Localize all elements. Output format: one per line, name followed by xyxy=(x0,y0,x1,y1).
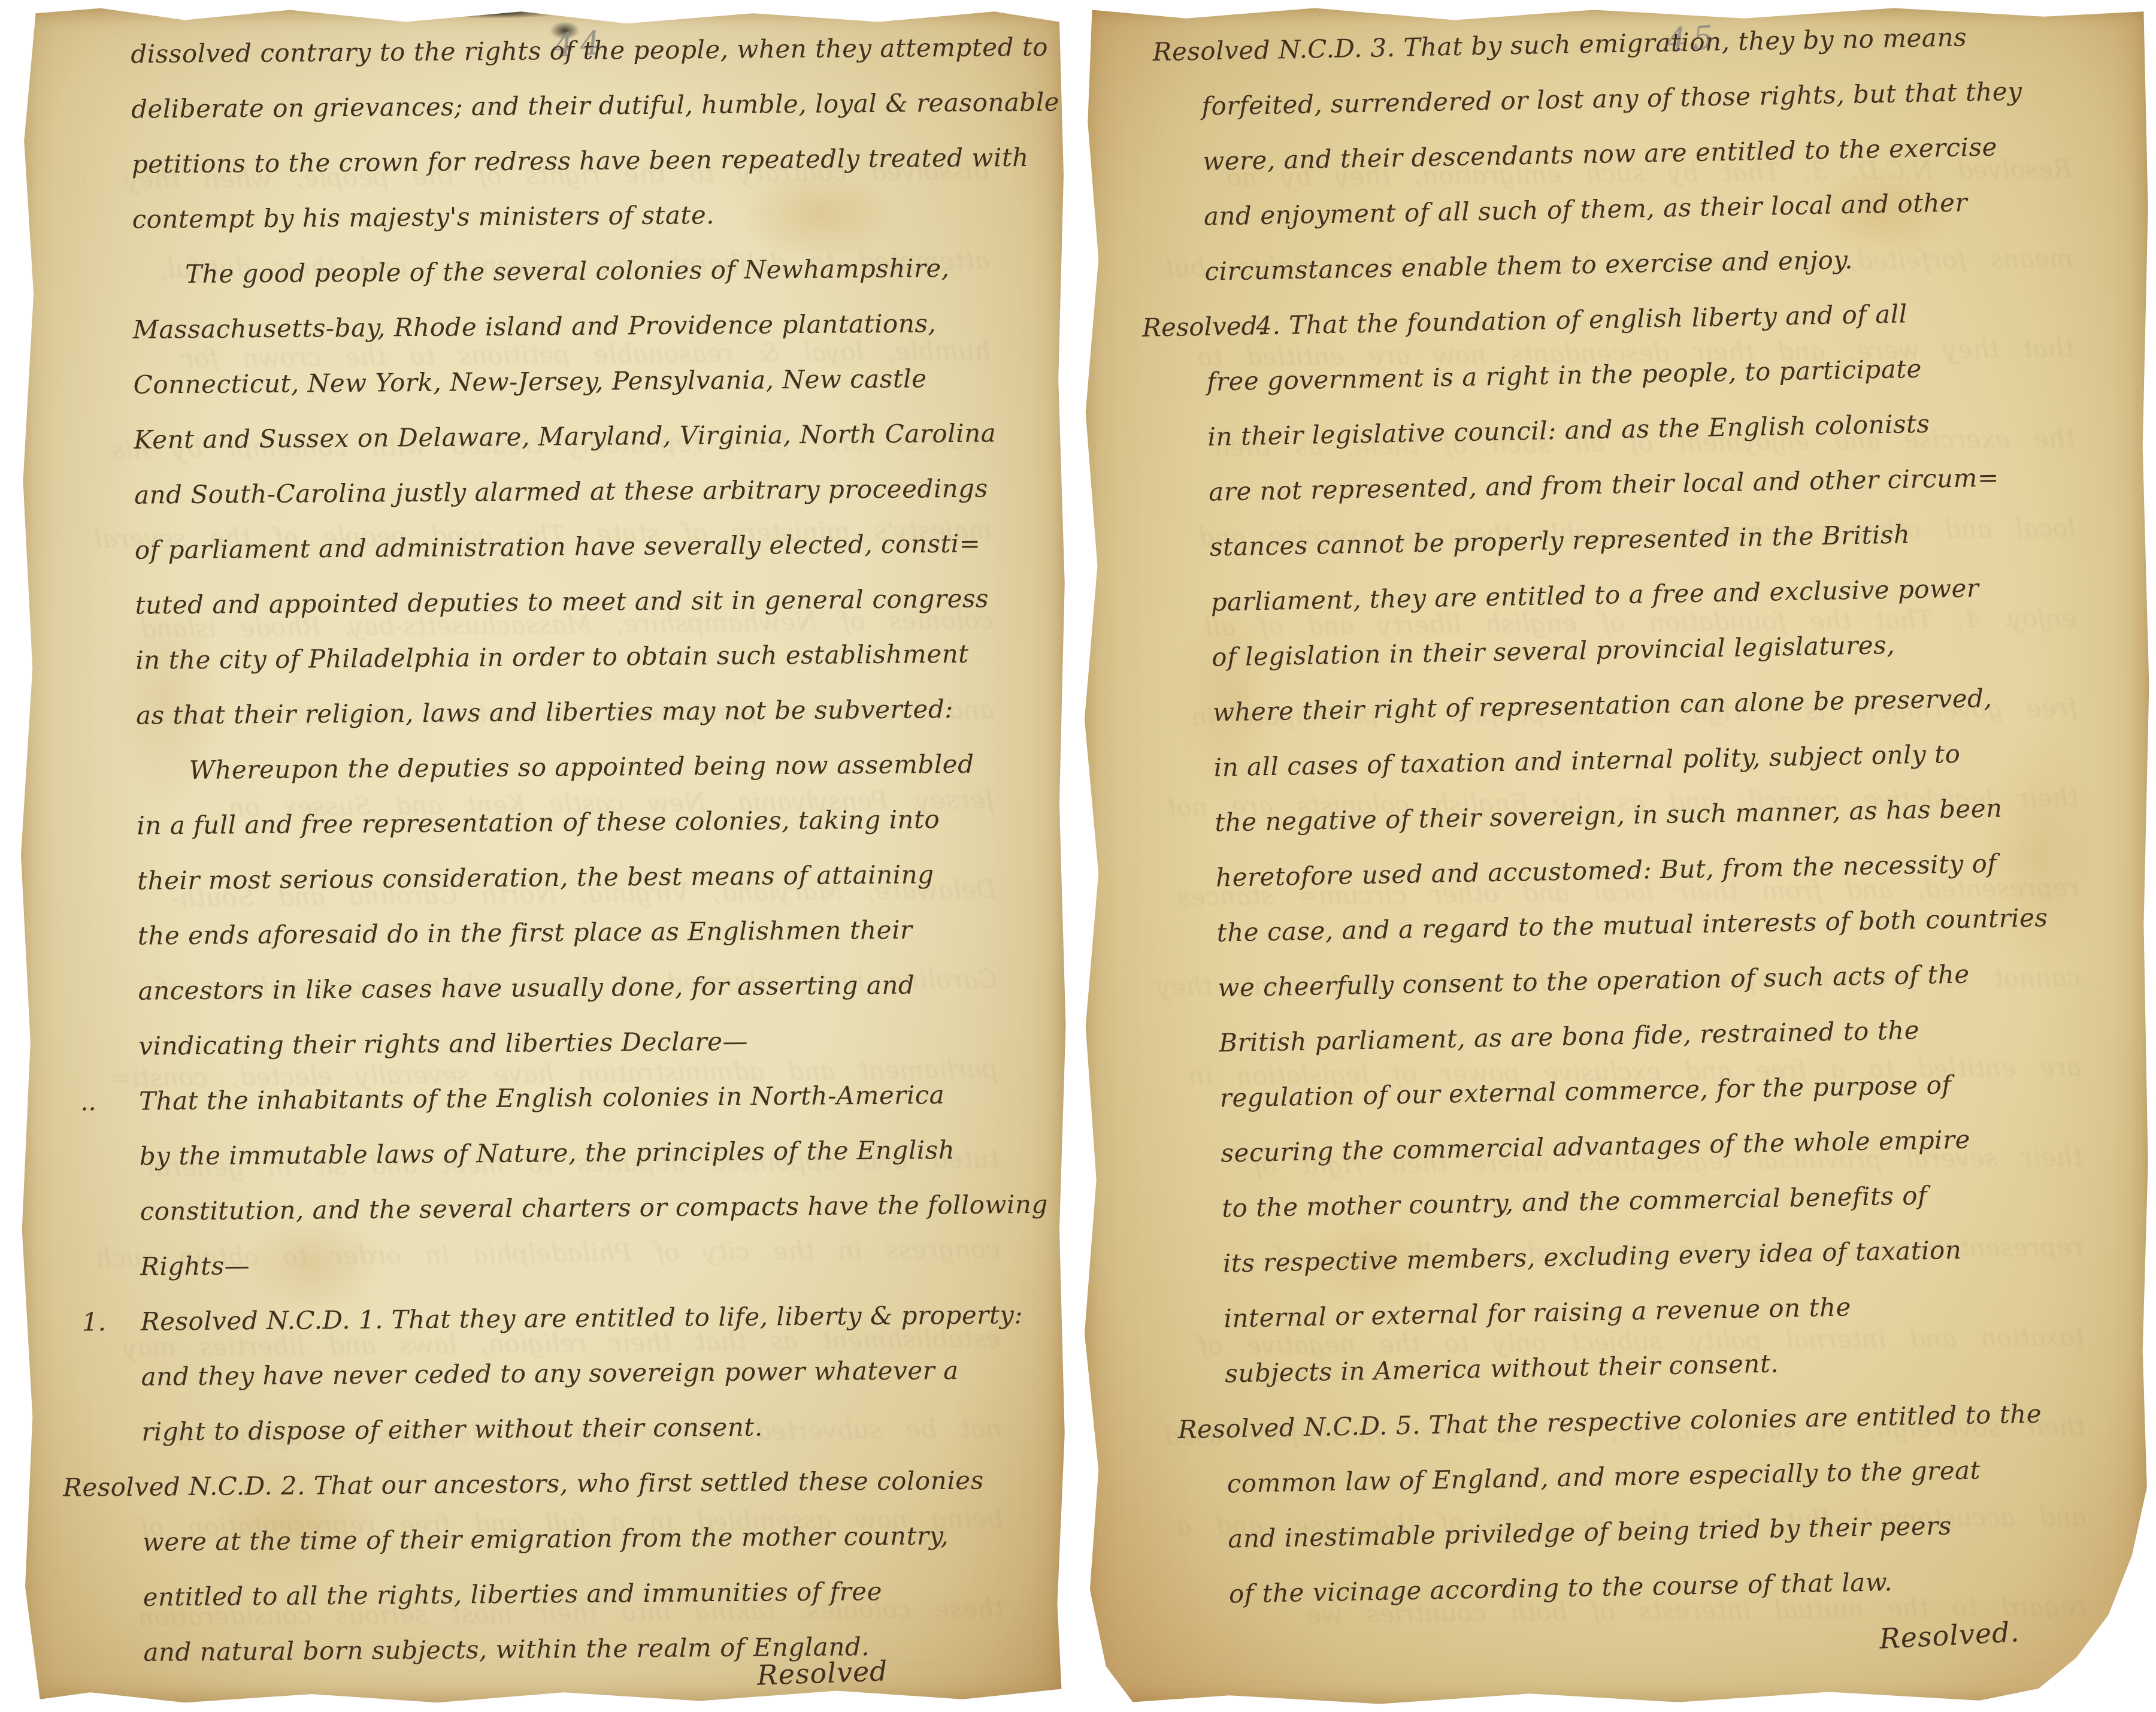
manuscript-line: contempt by his majesty's ministers of s… xyxy=(36,185,1058,248)
manuscript-line: and South-Carolina justly alarmed at the… xyxy=(38,461,1060,524)
manuscript-line: of parliament and administration have se… xyxy=(39,516,1061,579)
line-text: That the inhabitants of the English colo… xyxy=(139,1067,945,1129)
line-text: right to dispose of either without their… xyxy=(141,1400,763,1460)
manuscript-line: as that their religion, laws and liberti… xyxy=(40,681,1062,744)
manuscript-line: deliberate on grievances; and their duti… xyxy=(35,75,1057,138)
manuscript-page-left: dissolved contrary to the rights of the … xyxy=(17,5,1068,1706)
line-text: petitions to the crown for redress have … xyxy=(131,130,1029,192)
manuscript-line: Whereupon the deputies so appointed bein… xyxy=(40,736,1062,799)
manuscript-line: the ends aforesaid do in the first place… xyxy=(42,902,1064,964)
manuscript-line: Resolved N.C.D. 2. That our ancestors, w… xyxy=(46,1453,1068,1516)
manuscript-line: their most serious consideration, the be… xyxy=(41,846,1063,909)
line-text: deliberate on grievances; and their duti… xyxy=(131,75,1060,137)
manuscript-line: tuted and appointed deputies to meet and… xyxy=(39,571,1061,634)
line-text: Resolved N.C.D. 2. That our ancestors, w… xyxy=(63,1453,984,1516)
manuscript-line: by the immutable laws of Nature, the pri… xyxy=(43,1122,1065,1185)
line-text: were at the time of their emigration fro… xyxy=(143,1508,949,1570)
line-text: by the immutable laws of Nature, the pri… xyxy=(139,1123,955,1184)
line-text: contempt by his majesty's ministers of s… xyxy=(132,187,714,247)
line-text: of parliament and administration have se… xyxy=(134,516,980,578)
line-text: Connecticut, New York, New-Jersey, Pensy… xyxy=(133,351,926,412)
manuscript-line: in the city of Philadelphia in order to … xyxy=(40,626,1061,689)
line-text: in the city of Philadelphia in order to … xyxy=(135,627,969,688)
manuscript-text-block: dissolved contrary to the rights of the … xyxy=(35,20,1068,1681)
catchword: Resolved. xyxy=(1879,1616,2021,1655)
line-text: Kent and Sussex on Delaware, Maryland, V… xyxy=(134,406,997,467)
manuscript-line: Massachusetts-bay, Rhode island and Prov… xyxy=(37,295,1059,358)
manuscript-line: entitled to all the rights, liberties an… xyxy=(47,1563,1068,1626)
line-text: Rights— xyxy=(140,1238,250,1294)
line-text: Resolved N.C.D. 1. That they are entitle… xyxy=(141,1287,1024,1350)
ink-smudge xyxy=(1636,3,1744,15)
line-text: in a full and free representation of the… xyxy=(137,792,940,854)
manuscript-line: 1. Resolved N.C.D. 1. That they are enti… xyxy=(45,1287,1067,1350)
line-text: tuted and appointed deputies to meet and… xyxy=(135,571,989,633)
manuscript-line: vindicating their rights and liberties D… xyxy=(43,1012,1064,1075)
margin-annotation: 1. xyxy=(82,1294,107,1350)
line-text: their most serious consideration, the be… xyxy=(137,847,934,908)
manuscript-line: .. That the inhabitants of the English c… xyxy=(43,1067,1065,1130)
manuscript-line: in a full and free representation of the… xyxy=(41,791,1062,854)
line-text: and they have never ceded to any soverei… xyxy=(141,1343,959,1405)
manuscript-line: Rights— xyxy=(44,1232,1066,1295)
manuscript-line: dissolved contrary to the rights of the … xyxy=(35,20,1056,83)
line-text: constitution, and the several charters o… xyxy=(140,1177,1048,1239)
line-text: the ends aforesaid do in the first place… xyxy=(138,903,913,964)
manuscript-line: and natural born subjects, within the re… xyxy=(47,1618,1068,1681)
manuscript-page-right: Resolved N.C.D. 3. That by such emigrati… xyxy=(1079,3,2151,1709)
line-text: entitled to all the rights, liberties an… xyxy=(143,1564,882,1625)
catchword: Resolved xyxy=(757,1654,889,1692)
line-text: as that their religion, laws and liberti… xyxy=(136,682,954,743)
margin-annotation: .. xyxy=(80,1074,96,1129)
line-text: vindicating their rights and liberties D… xyxy=(138,1014,748,1074)
manuscript-line: ancestors in like cases have usually don… xyxy=(42,957,1064,1020)
scanned-manuscript-spread: dissolved contrary to the rights of the … xyxy=(0,0,2156,1712)
manuscript-text-block: Resolved N.C.D. 3. That by such emigrati… xyxy=(1097,7,2151,1623)
manuscript-line: were at the time of their emigration fro… xyxy=(47,1508,1068,1571)
line-text: of the vicinage according to the course … xyxy=(1228,1554,1893,1622)
line-text: Massachusetts-bay, Rhode island and Prov… xyxy=(133,296,937,358)
line-text: The good people of the several colonies … xyxy=(185,241,950,302)
manuscript-line: Connecticut, New York, New-Jersey, Pensy… xyxy=(37,350,1059,413)
manuscript-line: Kent and Sussex on Delaware, Maryland, V… xyxy=(38,406,1059,468)
manuscript-line: right to dispose of either without their… xyxy=(46,1398,1067,1460)
line-text: ancestors in like cases have usually don… xyxy=(138,958,915,1019)
line-text: subjects in America without their consen… xyxy=(1224,1336,1779,1402)
line-text: dissolved contrary to the rights of the … xyxy=(131,20,1048,82)
manuscript-line: petitions to the crown for redress have … xyxy=(35,130,1057,193)
margin-annotation: Resolved. xyxy=(1141,298,1265,356)
manuscript-line: constitution, and the several charters o… xyxy=(44,1177,1065,1240)
line-text: and South-Carolina justly alarmed at the… xyxy=(134,461,988,523)
line-text: Whereupon the deputies so appointed bein… xyxy=(189,737,974,798)
manuscript-line: and they have never ceded to any soverei… xyxy=(45,1342,1067,1405)
manuscript-line: The good people of the several colonies … xyxy=(37,240,1058,303)
ink-smudge xyxy=(406,5,586,20)
